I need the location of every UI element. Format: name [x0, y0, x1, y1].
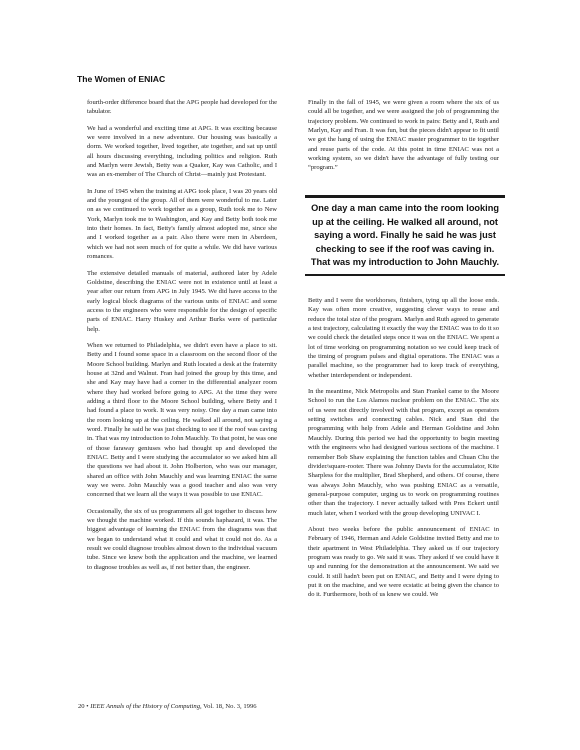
left-column: fourth-order difference board that the A… — [87, 98, 277, 579]
issue-info: , Vol. 18, No. 3, 1996 — [200, 703, 257, 710]
right-column-top: Finally in the fall of 1945, we were giv… — [308, 98, 499, 180]
paragraph: The extensive detailed manuals of materi… — [87, 269, 277, 334]
page-number: 20 — [78, 703, 85, 710]
pull-quote: One day a man came into the room looking… — [305, 195, 505, 276]
journal-name: IEEE Annals of the History of Computing — [90, 703, 200, 710]
paragraph: Betty and I were the workhorses, finishe… — [308, 296, 499, 380]
paragraph: Occasionally, the six of us programmers … — [87, 507, 277, 572]
bullet-separator: • — [86, 703, 88, 710]
running-header-title: The Women of ENIAC — [77, 74, 165, 84]
paragraph: When we returned to Philadelphia, we did… — [87, 341, 277, 500]
paragraph: Finally in the fall of 1945, we were giv… — [308, 98, 499, 173]
paragraph: We had a wonderful and exciting time at … — [87, 124, 277, 180]
pull-quote-text: One day a man came into the room looking… — [305, 202, 505, 270]
page-footer: 20 • IEEE Annals of the History of Compu… — [78, 703, 257, 710]
right-column-bottom: Betty and I were the workhorses, finishe… — [308, 296, 499, 607]
paragraph: In June of 1945 when the training at APG… — [87, 187, 277, 262]
paragraph: About two weeks before the public announ… — [308, 525, 499, 600]
paragraph: In the meantime, Nick Metropolis and Sta… — [308, 387, 499, 518]
paragraph: fourth-order difference board that the A… — [87, 98, 277, 117]
